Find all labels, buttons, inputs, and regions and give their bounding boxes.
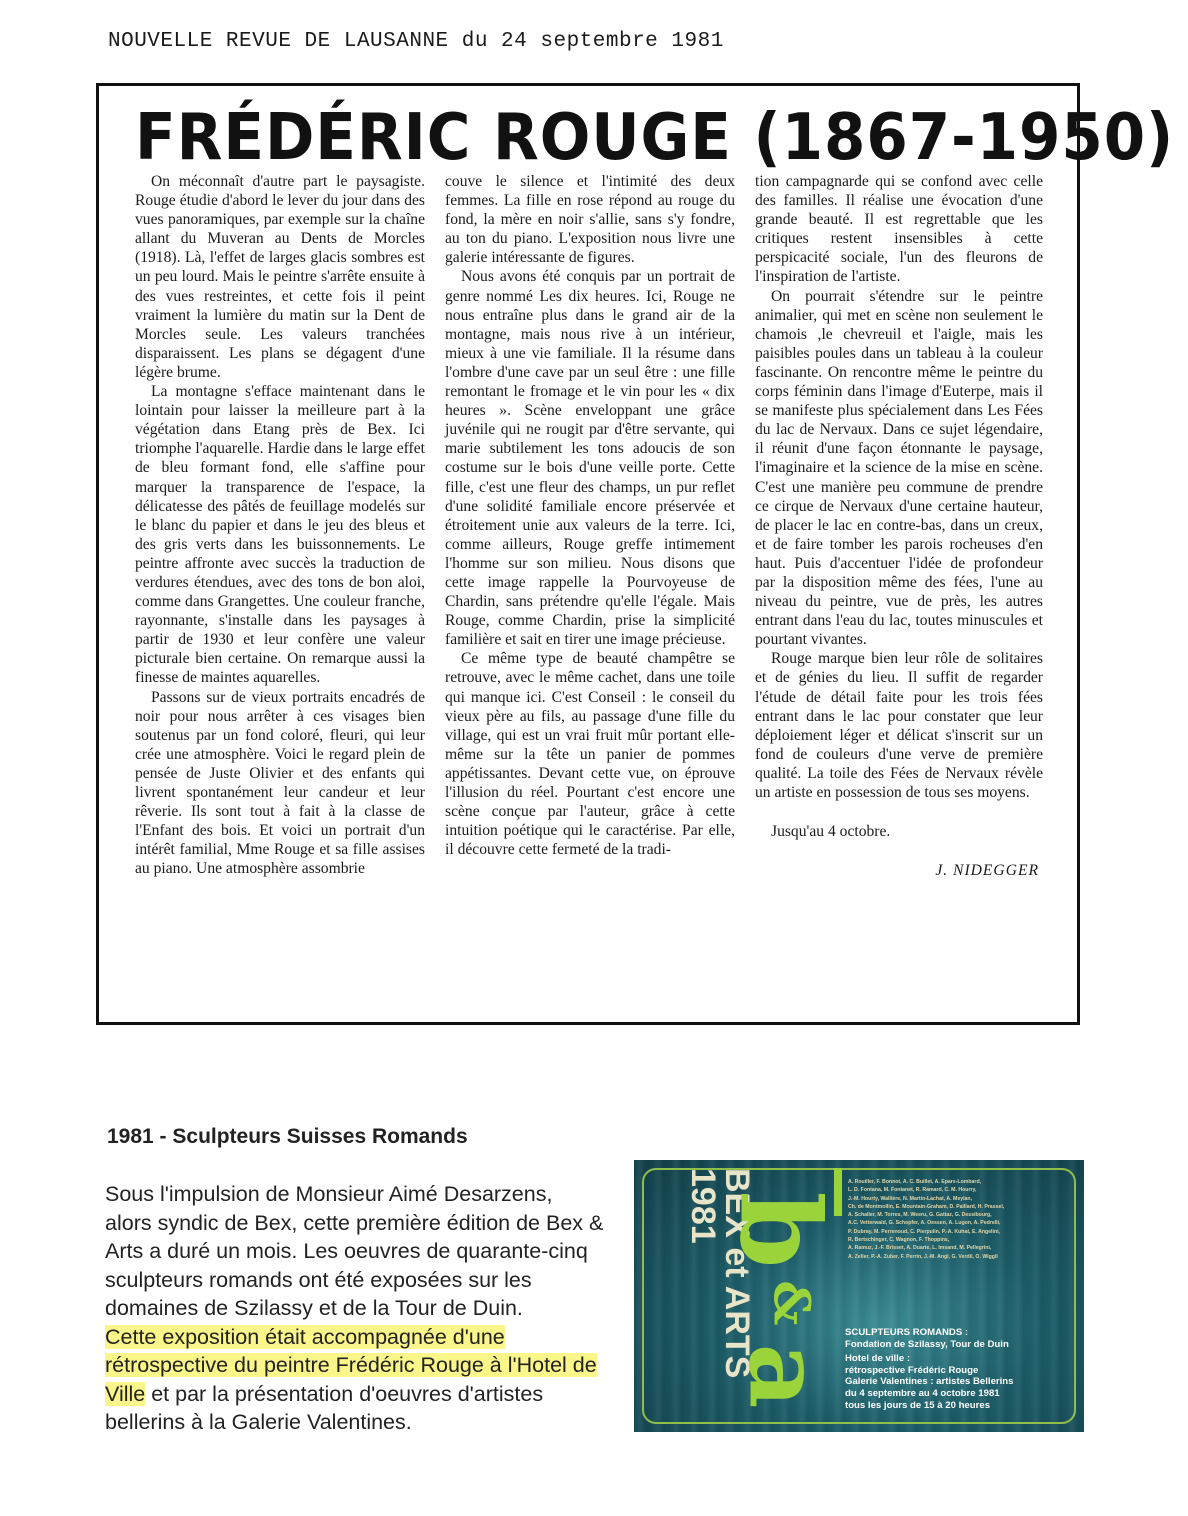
bex-arts-logo: b & a [759, 1166, 839, 1426]
paragraph: Nous avons été conquis par un portrait d… [445, 267, 735, 649]
artist-line: A. Ramuz, J.-F. Brisset, A. Duarte, L. I… [848, 1244, 1076, 1252]
closing-date: Jusqu'au 4 octobre. [755, 822, 1043, 841]
article-column-2: couve le silence et l'intimité des deux … [445, 172, 735, 859]
article-column-3: tion campagnarde qui se confond avec cel… [755, 172, 1043, 880]
paragraph: La montagne s'efface maintenant dans le … [135, 382, 425, 688]
logo-bar [834, 1168, 842, 1216]
newspaper-clipping: FRÉDÉRIC ROUGE (1867-1950) On méconnaît … [96, 83, 1080, 1025]
section-text: Sous l'impulsion de Monsieur Aimé Desarz… [105, 1182, 603, 1320]
paragraph: Ce même type de beauté champêtre se retr… [445, 649, 735, 859]
author-signature: J. NIDEGGER [755, 861, 1043, 880]
artist-line: Ch. de Montmollin, E. Mountain-Graham, D… [848, 1203, 1076, 1211]
bex-et-arts-poster: BEX et ARTS 1981 b & a A. Rouiller, F. B… [634, 1160, 1084, 1432]
artist-list: A. Rouiller, F. Bonnot, A. C. Buillet, A… [848, 1178, 1076, 1261]
paragraph: couve le silence et l'intimité des deux … [445, 172, 735, 267]
info-line: SCULPTEURS ROMANDS : [845, 1327, 1014, 1339]
paragraph: Passons sur de vieux portraits encadrés … [135, 688, 425, 879]
section-title: 1981 - Sculpteurs Suisses Romands [107, 1125, 468, 1149]
info-line: rétrospective Frédéric Rouge [845, 1365, 1014, 1377]
paragraph: Rouge marque bien leur rôle de solitaire… [755, 649, 1043, 802]
paragraph: tion campagnarde qui se confond avec cel… [755, 172, 1043, 287]
artist-line: P. Dubray, M. Perrenoud, C. Pierpulin, P… [848, 1228, 1076, 1236]
logo-ampersand: & [767, 1280, 817, 1325]
paragraph: On pourrait s'étendre sur le peintre ani… [755, 287, 1043, 650]
logo-letter-b: b [729, 1192, 829, 1269]
newspaper-masthead: NOUVELLE REVUE DE LAUSANNE du 24 septemb… [108, 30, 724, 53]
paragraph: On méconnaît d'autre part le paysagiste.… [135, 172, 425, 382]
artist-line: L. D. Fontana, M. Fontanet, R. Ramard, C… [848, 1186, 1076, 1194]
poster-info: SCULPTEURS ROMANDS : Fondation de Szilas… [845, 1327, 1014, 1411]
info-line: Hotel de ville : [845, 1353, 1014, 1365]
logo-letter-a: a [735, 1344, 835, 1409]
artist-line: A. Zeller, P.-A. Zuber, F. Perrin, J.-M.… [848, 1253, 1076, 1261]
section-text-tail: et par la présentation d'oeuvres d'artis… [105, 1382, 543, 1435]
artist-line: A. Rouiller, F. Bonnot, A. C. Buillet, A… [848, 1178, 1076, 1186]
info-line: du 4 septembre au 4 octobre 1981 [845, 1388, 1014, 1400]
info-line: Fondation de Szilassy, Tour de Duin [845, 1339, 1014, 1351]
info-line: Galerie Valentines : artistes Bellerins [845, 1376, 1014, 1388]
article-headline: FRÉDÉRIC ROUGE (1867-1950) [135, 100, 972, 176]
article-column-1: On méconnaît d'autre part le paysagiste.… [135, 172, 425, 878]
artist-line: A. Schaller, M. Torres, M. Weeru, G. Gat… [848, 1211, 1076, 1219]
section-body: Sous l'impulsion de Monsieur Aimé Desarz… [105, 1180, 605, 1437]
artist-line: J.-M. Hourty, Wallière, N. Martin-Lachat… [848, 1195, 1076, 1203]
artist-line: A.C. Vetterwald, G. Schopfer, A. Oessen,… [848, 1219, 1076, 1227]
artist-line: R. Bertschinger, C. Wagnon, F. Thoppins, [848, 1236, 1076, 1244]
info-line: tous les jours de 15 à 20 heures [845, 1400, 1014, 1412]
